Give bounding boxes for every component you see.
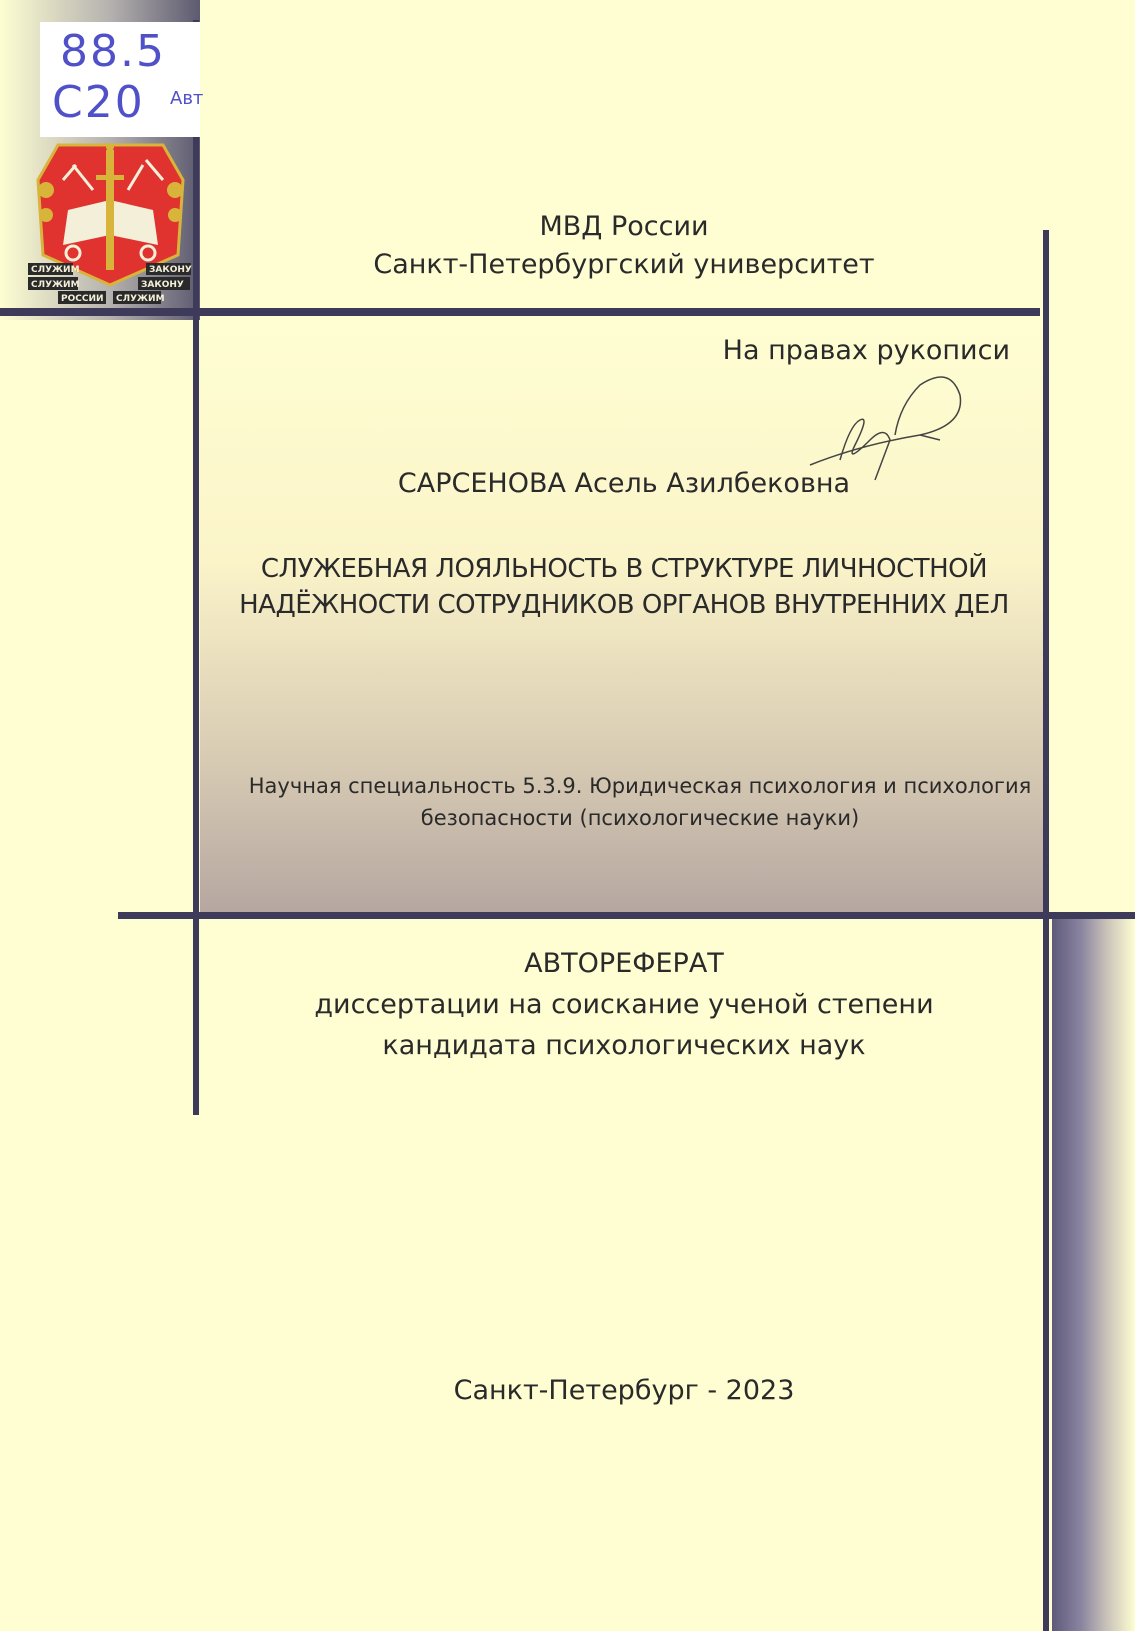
svg-text:СЛУЖИМ: СЛУЖИМ: [116, 294, 165, 304]
specialty-line-1: Научная специальность 5.3.9. Юридическая…: [230, 770, 1050, 802]
document-type-line-3: кандидата психологических наук: [200, 1025, 1048, 1066]
svg-text:ЗАКОНУ: ЗАКОНУ: [149, 265, 192, 275]
svg-text:ЗАКОНУ: ЗАКОНУ: [141, 280, 184, 290]
horizontal-rule-middle: [118, 912, 1135, 919]
stamp-suffix: Авт: [170, 88, 203, 109]
dissertation-title: СЛУЖЕБНАЯ ЛОЯЛЬНОСТЬ В СТРУКТУРЕ ЛИЧНОСТ…: [200, 551, 1048, 623]
university-emblem-icon: СЛУЖИМ СЛУЖИМ РОССИИ СЛУЖИМ ЗАКОНУ ЗАКОН…: [28, 135, 193, 305]
library-stamp: 88.5 С20 Авт: [40, 22, 200, 137]
svg-text:СЛУЖИМ: СЛУЖИМ: [31, 265, 80, 275]
stamp-classification: 88.5: [60, 26, 166, 77]
svg-text:РОССИИ: РОССИИ: [61, 294, 104, 304]
right-gradient-strip: [1052, 917, 1135, 1631]
document-type-title: АВТОРЕФЕРАТ: [200, 943, 1048, 984]
author-signature-icon: [800, 365, 980, 485]
city-and-year: Санкт-Петербург - 2023: [200, 1375, 1048, 1406]
title-line-2: НАДЁЖНОСТИ СОТРУДНИКОВ ОРГАНОВ ВНУТРЕННИ…: [200, 587, 1048, 623]
title-line-1: СЛУЖЕБНАЯ ЛОЯЛЬНОСТЬ В СТРУКТУРЕ ЛИЧНОСТ…: [200, 551, 1048, 587]
university-name: Санкт-Петербургский университет: [200, 246, 1048, 284]
document-type: АВТОРЕФЕРАТ диссертации на соискание уче…: [200, 943, 1048, 1066]
organization-header: МВД России Санкт-Петербургский университ…: [200, 208, 1048, 284]
manuscript-rights-note: На правах рукописи: [723, 335, 1010, 366]
stamp-author-mark: С20: [52, 77, 145, 128]
svg-text:СЛУЖИМ: СЛУЖИМ: [31, 280, 80, 290]
ministry-name: МВД России: [200, 208, 1048, 246]
vertical-rule-right: [1043, 230, 1049, 1631]
document-type-line-2: диссертации на соискание ученой степени: [200, 984, 1048, 1025]
author-name: САРСЕНОВА Асель Азилбековна: [200, 468, 1048, 499]
scientific-specialty: Научная специальность 5.3.9. Юридическая…: [230, 770, 1050, 834]
specialty-line-2: безопасности (психологические науки): [230, 802, 1050, 834]
vertical-rule-left: [193, 20, 199, 1115]
horizontal-rule-top: [0, 308, 1040, 316]
